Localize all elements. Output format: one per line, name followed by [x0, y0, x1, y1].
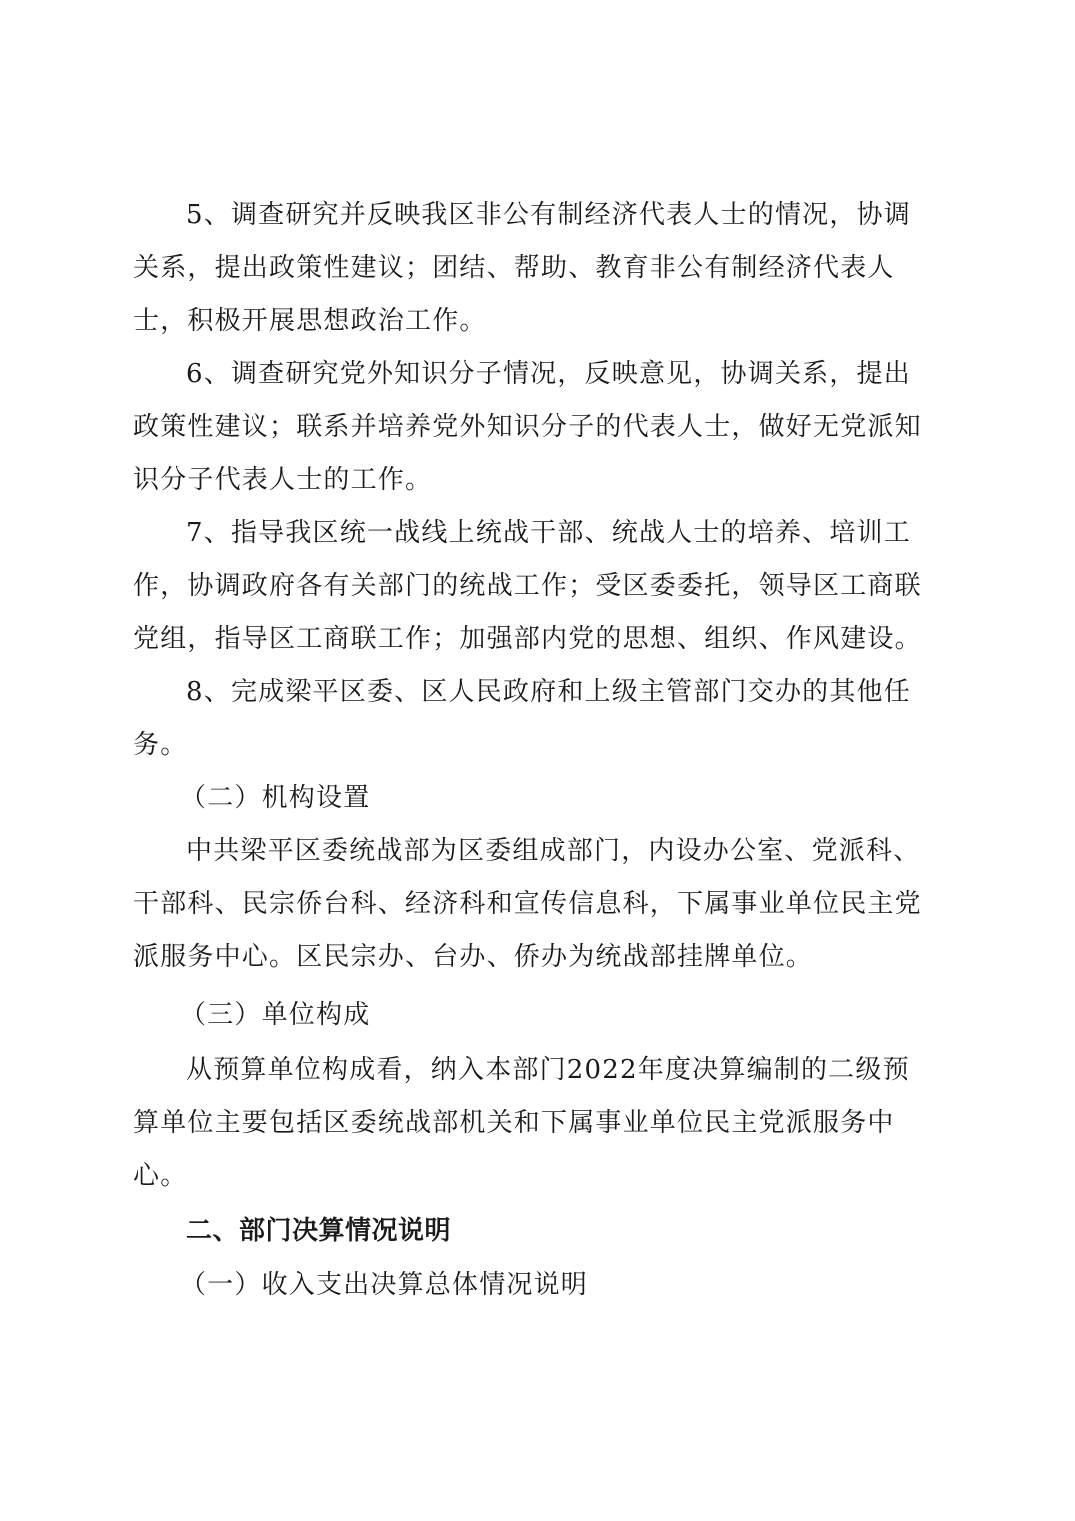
item-5-line-1: 5、调查研究并反映我区非公有制经济代表人士的情况，协调 — [186, 198, 911, 232]
item-6-line-2: 政策性建议；联系并培养党外知识分子的代表人士，做好无党派知 — [133, 410, 922, 444]
section-3-heading: （三）单位构成 — [180, 998, 370, 1032]
item-5-line-3: 士，积极开展思想政治工作。 — [133, 304, 487, 338]
part-2-heading: 二、部门决算情况说明 — [186, 1214, 451, 1248]
item-8-line-2: 务。 — [133, 728, 187, 762]
section-2-line-3: 派服务中心。区民宗办、台办、侨办为统战部挂牌单位。 — [133, 940, 813, 974]
section-3-line-2: 算单位主要包括区委统战部机关和下属事业单位民主党派服务中 — [133, 1106, 895, 1140]
item-8-line-1: 8、完成梁平区委、区人民政府和上级主管部门交办的其他任 — [186, 675, 911, 709]
part-2-subheading: （一）收入支出决算总体情况说明 — [180, 1268, 588, 1302]
section-2-line-1: 中共梁平区委统战部为区委组成部门，内设办公室、党派科、 — [186, 834, 920, 868]
section-2-heading: （二）机构设置 — [180, 781, 370, 815]
item-5-line-2: 关系，提出政策性建议；团结、帮助、教育非公有制经济代表人 — [133, 251, 895, 285]
section-3-line-1: 从预算单位构成看，纳入本部门2022年度决算编制的二级预 — [186, 1053, 910, 1087]
section-3-line-3: 心。 — [133, 1159, 187, 1193]
section-2-line-2: 干部科、民宗侨台科、经济科和宣传信息科，下属事业单位民主党 — [133, 887, 922, 921]
item-7-line-2: 作，协调政府各有关部门的统战工作；受区委委托，领导区工商联 — [133, 569, 922, 603]
document-page: 5、调查研究并反映我区非公有制经济代表人士的情况，协调 关系，提出政策性建议；团… — [0, 0, 1075, 1521]
item-7-line-3: 党组，指导区工商联工作；加强部内党的思想、组织、作风建设。 — [133, 622, 922, 656]
item-6-line-1: 6、调查研究党外知识分子情况，反映意见，协调关系，提出 — [186, 357, 911, 391]
item-7-line-1: 7、指导我区统一战线上统战干部、统战人士的培养、培训工 — [186, 516, 911, 550]
item-6-line-3: 识分子代表人士的工作。 — [133, 463, 432, 497]
